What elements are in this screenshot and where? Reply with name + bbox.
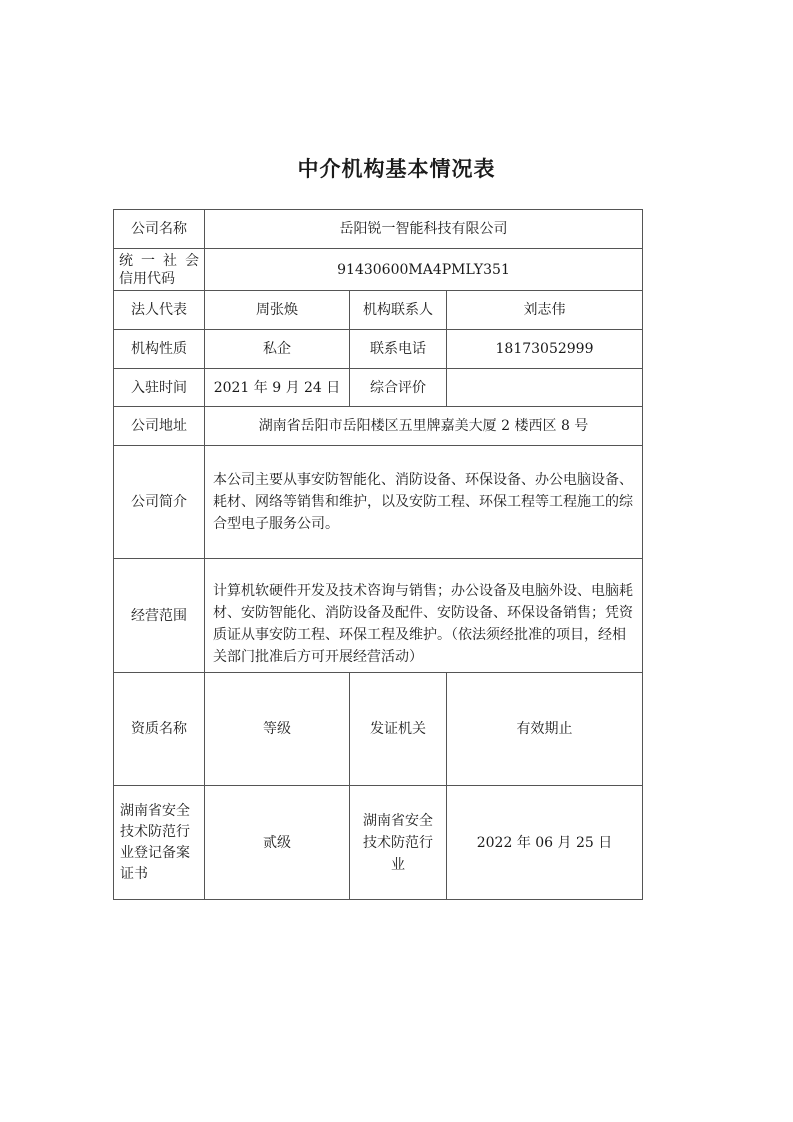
- row-nature: 机构性质 私企 联系电话 18173052999: [114, 330, 643, 369]
- qual-header-name: 资质名称: [114, 673, 205, 786]
- qual-level: 贰级: [205, 786, 350, 900]
- scope-value: 计算机软硬件开发及技术咨询与销售；办公设备及电脑外设、电脑耗材、安防智能化、消防…: [205, 559, 643, 673]
- qual-issuer: 湖南省安全技术防范行业: [350, 786, 447, 900]
- qual-header-level: 等级: [205, 673, 350, 786]
- rating-value: [447, 369, 643, 407]
- credit-code-label-line2: 信用代码: [119, 271, 175, 287]
- agency-info-table: 公司名称 岳阳锐一智能科技有限公司 统 一 社 会 信用代码 91430600M…: [113, 209, 643, 900]
- nature-label: 机构性质: [114, 330, 205, 369]
- entry-value: 2021 年 9 月 24 日: [205, 369, 350, 407]
- company-name-value: 岳阳锐一智能科技有限公司: [205, 210, 643, 249]
- intro-label: 公司简介: [114, 446, 205, 559]
- row-address: 公司地址 湖南省岳阳市岳阳楼区五里牌嘉美大厦 2 楼西区 8 号: [114, 407, 643, 446]
- qual-expiry: 2022 年 06 月 25 日: [447, 786, 643, 900]
- credit-code-label: 统 一 社 会 信用代码: [114, 249, 205, 291]
- row-scope: 经营范围 计算机软硬件开发及技术咨询与销售；办公设备及电脑外设、电脑耗材、安防智…: [114, 559, 643, 673]
- qual-header-issuer: 发证机关: [350, 673, 447, 786]
- rating-label: 综合评价: [350, 369, 447, 407]
- contact-person-label: 机构联系人: [350, 291, 447, 330]
- intro-value: 本公司主要从事安防智能化、消防设备、环保设备、办公电脑设备、耗材、网络等销售和维…: [205, 446, 643, 559]
- phone-value: 18173052999: [447, 330, 643, 369]
- row-company-name: 公司名称 岳阳锐一智能科技有限公司: [114, 210, 643, 249]
- qualification-row: 湖南省安全技术防范行业登记备案证书 贰级 湖南省安全技术防范行业 2022 年 …: [114, 786, 643, 900]
- row-legal-rep: 法人代表 周张焕 机构联系人 刘志伟: [114, 291, 643, 330]
- row-credit-code: 统 一 社 会 信用代码 91430600MA4PMLY351: [114, 249, 643, 291]
- company-name-label: 公司名称: [114, 210, 205, 249]
- contact-person-value: 刘志伟: [447, 291, 643, 330]
- credit-code-label-line1: 统 一 社 会: [119, 252, 199, 270]
- qualification-header-row: 资质名称 等级 发证机关 有效期止: [114, 673, 643, 786]
- legal-rep-label: 法人代表: [114, 291, 205, 330]
- page-title: 中介机构基本情况表: [0, 153, 793, 183]
- address-label: 公司地址: [114, 407, 205, 446]
- scope-label: 经营范围: [114, 559, 205, 673]
- qual-name: 湖南省安全技术防范行业登记备案证书: [114, 786, 205, 900]
- legal-rep-value: 周张焕: [205, 291, 350, 330]
- entry-label: 入驻时间: [114, 369, 205, 407]
- row-intro: 公司简介 本公司主要从事安防智能化、消防设备、环保设备、办公电脑设备、耗材、网络…: [114, 446, 643, 559]
- nature-value: 私企: [205, 330, 350, 369]
- credit-code-value: 91430600MA4PMLY351: [205, 249, 643, 291]
- phone-label: 联系电话: [350, 330, 447, 369]
- qual-header-expiry: 有效期止: [447, 673, 643, 786]
- row-entry: 入驻时间 2021 年 9 月 24 日 综合评价: [114, 369, 643, 407]
- address-value: 湖南省岳阳市岳阳楼区五里牌嘉美大厦 2 楼西区 8 号: [205, 407, 643, 446]
